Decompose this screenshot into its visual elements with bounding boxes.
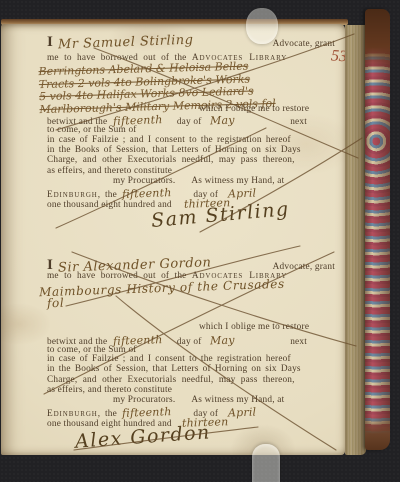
entry2-effeirs-line: as effeirs, and thereto constitute [47,385,172,395]
entry1-advocate-grant: Advocate, grant [273,39,335,49]
entry1-restore-line: which I oblige me to restore [199,104,309,114]
entry1-effeirs-line: as effeirs, and thereto constitute [47,166,172,176]
entry2-due-month: May [209,334,234,348]
entry1-borrower-name: Mr Samuel Stirling [58,33,194,53]
book-photo-scene: 53. I Mr Samuel Stirling Advocate, grant… [0,0,400,482]
entry2-failzie-line: in case of Failzie ; and I consent to th… [47,354,291,364]
entry1-witness-line: my Procurators. As witness my Hand, at [113,176,284,186]
book-fore-edge [345,25,366,455]
entry2-restore-line: which I oblige me to restore [199,322,309,332]
entry1-signed-month: April [228,187,257,201]
entry1-sum-line: to come, or the Sum of [47,125,137,135]
entry1-initial: I [47,34,53,51]
marbled-cover-edge [365,9,390,450]
entry1-failzie-line: in case of Failzie ; and I consent to th… [47,135,291,145]
entry1-session-line: in the Books of Session, that Letters of… [47,145,301,155]
entry2-session-line: in the Books of Session, that Letters of… [47,364,301,374]
entry1-charge-line: Charge, and other Executorials needful, … [47,155,295,165]
entry2-charge-line: Charge, and other Executorials needful, … [47,375,295,385]
entry2-book-format: fol [47,296,65,311]
page-holder-tab-bottom [252,444,280,482]
entry1-due-month: May [209,114,234,128]
entry2-signed-month: April [228,406,257,420]
book-page: 53. I Mr Samuel Stirling Advocate, grant… [1,24,345,455]
entry1-opening-line: I Mr Samuel Stirling Advocate, grant [47,34,335,51]
entry2-witness-line: my Procurators. As witness my Hand, at [113,395,284,405]
page-holder-tab-top [246,8,278,44]
